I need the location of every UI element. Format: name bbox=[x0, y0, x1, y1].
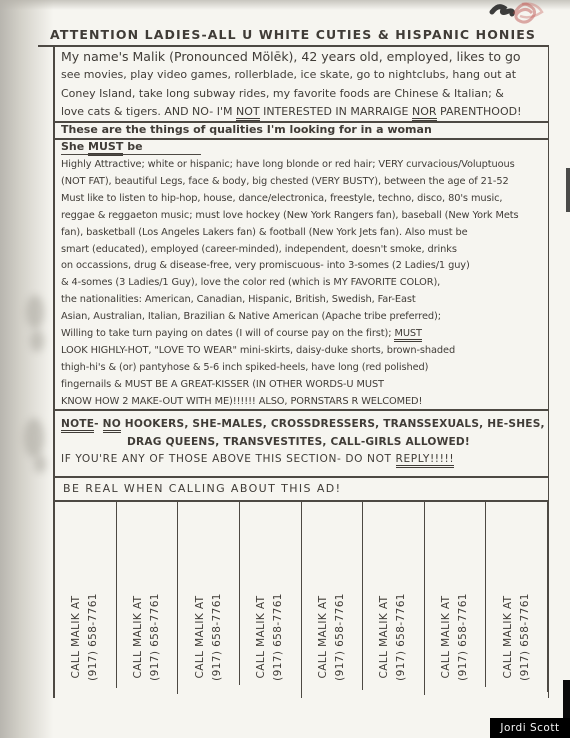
photo-credit: Jordi Scott bbox=[490, 718, 570, 738]
tab-number-line: (917) 658-7761 bbox=[393, 562, 410, 712]
qualities-section: Highly Attractive; white or hispanic; ha… bbox=[55, 155, 548, 411]
qualities-line: LOOK HIGHLY-HOT, "LOVE TO WEAR" mini-ski… bbox=[61, 343, 548, 360]
tab-call-line: CALL MALIK AT bbox=[192, 562, 209, 712]
tab-call-line: CALL MALIK AT bbox=[438, 562, 455, 712]
tab-number-line: (917) 658-7761 bbox=[455, 562, 472, 712]
qualities-line: (NOT FAT), beautiful Legs, face & body, … bbox=[61, 174, 548, 191]
tab-phone-label: CALL MALIK AT (917) 658-7761 bbox=[68, 562, 102, 712]
seeking-heading: These are the things of qualities I'm lo… bbox=[55, 123, 548, 140]
tear-off-tab: CALL MALIK AT (917) 658-7761 bbox=[363, 502, 425, 695]
qualities-line: thigh-hi's & (or) pantyhose & 5-6 inch s… bbox=[61, 360, 548, 377]
tab-phone-label: CALL MALIK AT (917) 658-7761 bbox=[253, 562, 287, 712]
intro-line: see movies, play video games, rollerblad… bbox=[61, 66, 548, 84]
tab-number-line: (917) 658-7761 bbox=[147, 562, 164, 712]
tear-off-tab: CALL MALIK AT (917) 658-7761 bbox=[486, 502, 548, 692]
qualities-line: the nationalities: American, Canadian, H… bbox=[61, 292, 548, 309]
note-section: NOTE- NO HOOKERS, SHE-MALES, CROSSDRESSE… bbox=[55, 411, 548, 478]
flyer-title: ATTENTION LADIES-ALL U WHITE CUTIES & HI… bbox=[38, 27, 548, 47]
intro-line: Coney Island, take long subway rides, my… bbox=[61, 85, 548, 103]
qualities-line: fan), basketball (Los Angeles Lakers fan… bbox=[61, 225, 548, 242]
intro-section: My name's Malik (Pronounced Mölēk), 42 y… bbox=[55, 45, 548, 123]
be-real-banner: BE REAL WHEN CALLING ABOUT THIS AD! bbox=[55, 478, 548, 502]
tear-off-tab: CALL MALIK AT (917) 658-7761 bbox=[425, 502, 487, 687]
tab-phone-label: CALL MALIK AT (917) 658-7761 bbox=[438, 562, 472, 712]
qualities-line: fingernails & MUST BE A GREAT-KISSER (IN… bbox=[61, 377, 548, 394]
tab-call-line: CALL MALIK AT bbox=[315, 562, 332, 712]
tab-phone-label: CALL MALIK AT (917) 658-7761 bbox=[315, 562, 349, 712]
tab-phone-label: CALL MALIK AT (917) 658-7761 bbox=[376, 562, 410, 712]
qualities-line: Asian, Australian, Italian, Brazilian & … bbox=[61, 309, 548, 326]
scan-smudge bbox=[24, 418, 44, 458]
tab-phone-label: CALL MALIK AT (917) 658-7761 bbox=[130, 562, 164, 712]
tab-call-line: CALL MALIK AT bbox=[130, 562, 147, 712]
flyer-body-frame: My name's Malik (Pronounced Mölēk), 42 y… bbox=[53, 45, 549, 698]
seeking-subheading: She MUST be bbox=[55, 140, 548, 155]
tab-call-line: CALL MALIK AT bbox=[500, 562, 517, 712]
note-line: IF YOU'RE ANY OF THOSE ABOVE THIS SECTIO… bbox=[61, 451, 548, 469]
qualities-line: KNOW HOW 2 MAKE-OUT WITH ME)!!!!!! ALSO,… bbox=[61, 394, 548, 411]
intro-line: My name's Malik (Pronounced Mölēk), 42 y… bbox=[61, 48, 548, 66]
tear-off-tab: CALL MALIK AT (917) 658-7761 bbox=[240, 502, 302, 698]
scan-smudge bbox=[34, 455, 46, 473]
flyer-scan: ATTENTION LADIES-ALL U WHITE CUTIES & HI… bbox=[0, 0, 570, 738]
tab-number-line: (917) 658-7761 bbox=[332, 562, 349, 712]
tear-off-tabs: CALL MALIK AT (917) 658-7761 CALL MALIK … bbox=[55, 502, 548, 698]
qualities-line: Highly Attractive; white or hispanic; ha… bbox=[61, 157, 548, 174]
note-line: DRAG QUEENS, TRANSVESTITES, CALL-GIRLS A… bbox=[61, 434, 548, 452]
qualities-line: Must like to listen to hip-hop, house, d… bbox=[61, 191, 548, 208]
scan-edge-left bbox=[0, 0, 56, 738]
red-ink-scribble-icon bbox=[462, 0, 550, 30]
tab-number-line: (917) 658-7761 bbox=[209, 562, 226, 712]
qualities-line: smart (educated), employed (career-minde… bbox=[61, 242, 548, 259]
intro-line: love cats & tigers. AND NO- I'M NOT INTE… bbox=[61, 103, 548, 121]
tear-off-tab: CALL MALIK AT (917) 658-7761 bbox=[178, 502, 240, 685]
tab-phone-label: CALL MALIK AT (917) 658-7761 bbox=[192, 562, 226, 712]
scan-edge-right bbox=[566, 168, 570, 212]
tab-phone-label: CALL MALIK AT (917) 658-7761 bbox=[500, 562, 534, 712]
tab-number-line: (917) 658-7761 bbox=[85, 562, 102, 712]
tear-off-tab: CALL MALIK AT (917) 658-7761 bbox=[117, 502, 179, 694]
tab-call-line: CALL MALIK AT bbox=[68, 562, 85, 712]
tear-off-tab: CALL MALIK AT (917) 658-7761 bbox=[55, 502, 117, 688]
tab-call-line: CALL MALIK AT bbox=[253, 562, 270, 712]
note-line: NOTE- NO HOOKERS, SHE-MALES, CROSSDRESSE… bbox=[61, 416, 548, 434]
tab-number-line: (917) 658-7761 bbox=[517, 562, 534, 712]
qualities-line: on occassions, drug & disease-free, very… bbox=[61, 258, 548, 275]
qualities-line: & 4-somes (3 Ladies/1 Guy), love the col… bbox=[61, 275, 548, 292]
scan-smudge bbox=[30, 330, 44, 352]
tear-off-tab: CALL MALIK AT (917) 658-7761 bbox=[302, 502, 364, 690]
qualities-line: reggae & reggaeton music; must love hock… bbox=[61, 208, 548, 225]
seeking-subheading-text: She MUST be bbox=[61, 140, 201, 155]
qualities-line: Willing to take turn paying on dates (I … bbox=[61, 326, 548, 343]
tab-number-line: (917) 658-7761 bbox=[270, 562, 287, 712]
tab-call-line: CALL MALIK AT bbox=[376, 562, 393, 712]
scan-smudge bbox=[26, 295, 44, 329]
